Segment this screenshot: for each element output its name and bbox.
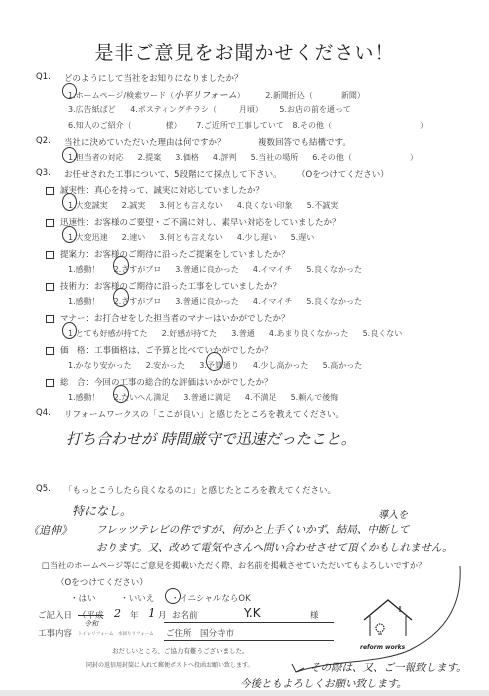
q4-answer[interactable]: 打ち合わせが 時間厳守で迅速だったこと。 — [66, 428, 356, 449]
q2-option-2[interactable]: 2.提案 — [138, 153, 162, 162]
date-year[interactable]: 2 — [114, 607, 121, 620]
q5-postscript-line2: おります。又、改めて電気やさんへ問い合わせさせて頂くかもしれません。 — [96, 540, 453, 555]
q2-question: 当社に決めていただいた理由は何ですか？ — [64, 136, 226, 148]
q1-question: どのようにして当社をお知りになりましたか？ — [64, 72, 243, 84]
q1-row1: 1.ホームページ/検索ワード（小平リフォーム） 2.新聞折込（新聞） — [68, 88, 365, 101]
q3-item-speed: 迅速性：お客様のご要望・ご不満に対し、素早い対応をしていましたか？ — [46, 216, 341, 228]
year-label: 年 — [130, 609, 139, 621]
selection-circle — [113, 385, 129, 403]
q3-note: （Oをつけてください） — [297, 168, 389, 180]
date-month[interactable]: 1 — [148, 606, 156, 620]
q1-option-4[interactable]: 4.ポスティングチラシ（ — [130, 105, 217, 114]
work-label: 工事内容 — [38, 627, 72, 639]
q2-number: Q2. — [36, 136, 51, 146]
closing-line1: その際は、又、ご一報致します。 — [310, 660, 467, 675]
checkbox[interactable] — [46, 315, 54, 323]
consent-options: ・はい ・いいえ ・イニシャルならOK — [70, 592, 251, 604]
checkbox[interactable] — [46, 283, 54, 291]
selection-circle — [62, 83, 77, 99]
selection-circle — [62, 226, 77, 243]
q1-option-2[interactable]: 2.新聞折込（ — [265, 91, 313, 100]
checkbox[interactable] — [46, 379, 54, 387]
q3-speed-options: 1.大変迅速2.速い3.何とも言えない4.少し遅い5.遅い — [68, 232, 328, 243]
q4-question: リフォームワークスの「ここが良い」と感じたところを教えてください。 — [64, 408, 344, 420]
checkbox[interactable] — [46, 219, 54, 227]
q4-number: Q4. — [36, 408, 51, 418]
address-label: ご住所 — [166, 627, 192, 639]
q5-postscript-line1: フレッツテレビの件ですが、何かと上手くいかず、結局、中断して — [96, 522, 409, 537]
footer-thanks: おだしいところ、ご協力有難うございました。 — [112, 646, 249, 655]
era-handwritten: 令和 — [84, 619, 98, 629]
q2-option-5[interactable]: 5.当社の場所 — [251, 153, 299, 162]
q1-option-7[interactable]: 7.ご近所で工事していて — [196, 121, 284, 130]
checkbox[interactable] — [46, 347, 54, 355]
q1-search-word: 小平リフォーム — [174, 91, 237, 101]
month-label: 月 — [158, 609, 167, 621]
q5-number: Q5. — [36, 484, 51, 494]
q1-option-5[interactable]: 5.お店の前を通って — [279, 105, 351, 114]
q1-number: Q1. — [36, 72, 51, 82]
q3-sincerity-options: 1.大変誠実2.誠実3.何とも言えない4.良くない印象5.不誠実 — [68, 200, 352, 211]
q5-postscript-label: 《追伸》 — [28, 522, 72, 538]
q3-item-price: 価 格：工事価格は、ご予算と比べていかがでしたか？ — [46, 344, 273, 356]
q3-item-overall: 総 合：今回の工事の総合的な評価はいかがでしたか？ — [46, 376, 273, 388]
q1-row2: 3.広告紙ばど 4.ポスティングチラシ（月頃） 5.お店の前を通って — [68, 104, 351, 115]
checkbox[interactable] — [46, 251, 54, 259]
q2-note: 複数回答でも結構です。 — [258, 136, 351, 148]
selection-circle — [62, 193, 77, 211]
q2-options: 1.担当者の対応2.提案3.価格4.評判5.当社の場所6.その他（） — [68, 152, 432, 163]
q5-answer[interactable]: 特になし。 — [72, 502, 132, 519]
date-label: ご記入日 — [38, 609, 72, 621]
consent-option-no[interactable]: ・いいえ — [120, 594, 154, 604]
footer-instructions: 同封の返信用封筒に入れて郵便ポストへ投函お願い致します。 — [86, 660, 254, 669]
q5-question: 「もっとこうしたら良くなるのに」と感じたところを教えてください。 — [64, 484, 336, 496]
selection-circle — [62, 147, 77, 163]
checkbox[interactable] — [46, 187, 54, 195]
q3-item-sincerity: 誠実性：真心を持って、誠実に対応していましたか？ — [46, 184, 264, 196]
q1-option-1[interactable]: 1.ホームページ/検索ワード（ — [68, 91, 174, 100]
q1-option-6[interactable]: 6.知人のご紹介（ — [68, 121, 132, 130]
q3-question: お任せされた工事について、5段階にて採点して下さい。 — [64, 168, 282, 180]
closing-line2: 今後ともよろしくお願い致します。 — [240, 676, 407, 691]
q1-option-3[interactable]: 3.広告紙ばど — [68, 105, 116, 114]
q3-item-manners: マナー：お打合せをした担当者のマナーはいかがでしたか？ — [46, 312, 290, 324]
selection-circle — [165, 588, 181, 604]
consent-option-yes[interactable]: ・はい — [70, 594, 96, 604]
q5-postscript-insert: 導入を — [378, 506, 408, 521]
selection-circle — [113, 288, 129, 307]
consent-note: （Oをつけてください） — [56, 576, 148, 588]
name-value[interactable]: Y.K — [244, 606, 261, 620]
q3-manners-options: 1.とても好感が持てた2.好感が持てた3.普通4.あまり良くなかった5.良くない — [68, 328, 416, 339]
q2-option-3[interactable]: 3.価格 — [175, 153, 199, 162]
selection-circle — [62, 322, 77, 339]
work-option-toilet[interactable]: トイレリフォーム — [78, 631, 114, 637]
q3-number: Q3. — [36, 168, 51, 178]
selection-circle — [206, 352, 223, 371]
scan-edge — [0, 690, 489, 696]
q1-option-8[interactable]: 8.その他（ — [292, 121, 332, 130]
work-option-water[interactable]: 水回りリフォーム — [118, 631, 154, 637]
q1-row3: 6.知人のご紹介（様） 7.ご近所で工事していて 8.その他（） — [68, 120, 428, 131]
name-label: お名前 — [172, 609, 198, 621]
address-value[interactable]: 国分寺市 — [200, 627, 234, 639]
page-title: 是非ご意見をお聞かせください！ — [0, 38, 489, 65]
q2-option-4[interactable]: 4.評判 — [213, 153, 237, 162]
q3-item-technique: 技術力：お客様のご期待に沿った工事をしていましたか？ — [46, 280, 281, 292]
selection-circle — [113, 256, 129, 275]
q2-option-6[interactable]: 6.その他（ — [312, 153, 352, 162]
q3-item-proposal: 提案力：お客様のご期待に沿ったご提案をしていましたか？ — [46, 248, 290, 260]
q3-overall-options: 1.感動！2.たいへん満足3.普通に満足4.不満足5.頼んで後悔 — [68, 392, 352, 403]
consent-option-initials[interactable]: ・イニシャルならOK — [171, 594, 251, 604]
